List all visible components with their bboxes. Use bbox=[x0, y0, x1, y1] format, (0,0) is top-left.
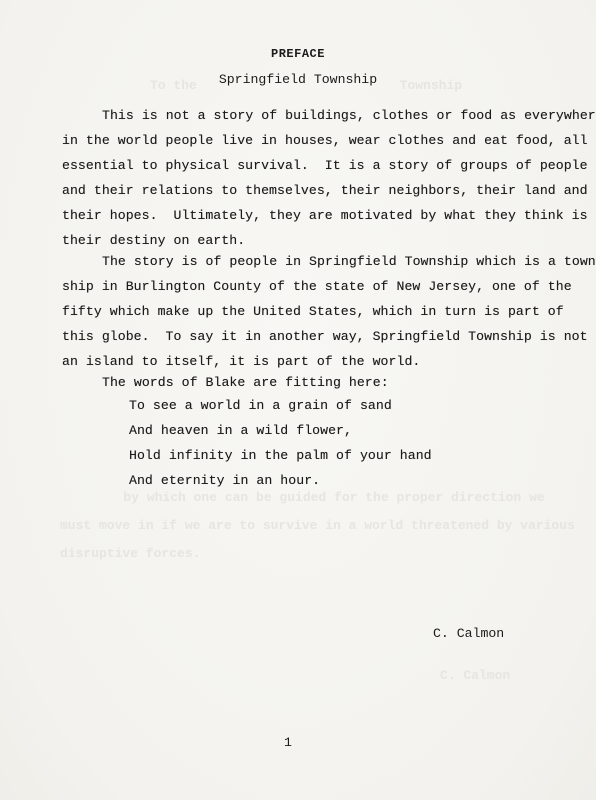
paragraph-2-line-3: fifty which make up the United States, w… bbox=[62, 304, 564, 320]
bleed-through-text: C. Calmon bbox=[440, 668, 510, 683]
paragraph-1-line-5: their hopes. Ultimately, they are motiva… bbox=[62, 208, 588, 224]
poem-line-3: Hold infinity in the palm of your hand bbox=[129, 448, 432, 464]
paragraph-2-line-4: this globe. To say it in another way, Sp… bbox=[62, 329, 588, 345]
poem-line-2: And heaven in a wild flower, bbox=[129, 423, 352, 439]
bleed-through-text: disruptive forces. bbox=[60, 546, 200, 561]
paragraph-1-line-6: their destiny on earth. bbox=[62, 233, 245, 249]
page-number: 1 bbox=[284, 735, 292, 750]
document-page: To the Township by which one can be guid… bbox=[0, 0, 596, 800]
paragraph-1-line-3: essential to physical survival. It is a … bbox=[62, 158, 588, 174]
page-subtitle: Springfield Township bbox=[0, 72, 596, 87]
poem-line-1: To see a world in a grain of sand bbox=[129, 398, 392, 414]
paragraph-1-line-4: and their relations to themselves, their… bbox=[62, 183, 588, 199]
paragraph-2-line-5: an island to itself, it is part of the w… bbox=[62, 354, 420, 370]
author-signature: C. Calmon bbox=[433, 626, 504, 641]
paragraph-3-line-1: The words of Blake are fitting here: bbox=[102, 375, 389, 391]
paragraph-2-line-2: ship in Burlington County of the state o… bbox=[62, 279, 572, 295]
paragraph-1-line-2: in the world people live in houses, wear… bbox=[62, 133, 588, 149]
bleed-through-text: must move in if we are to survive in a w… bbox=[60, 518, 575, 533]
bleed-through-text: by which one can be guided for the prope… bbox=[100, 490, 545, 505]
paragraph-2-line-1: The story is of people in Springfield To… bbox=[102, 254, 596, 270]
page-title: PREFACE bbox=[0, 47, 596, 61]
paragraph-1-line-1: This is not a story of buildings, clothe… bbox=[102, 108, 596, 124]
poem-line-4: And eternity in an hour. bbox=[129, 473, 320, 489]
